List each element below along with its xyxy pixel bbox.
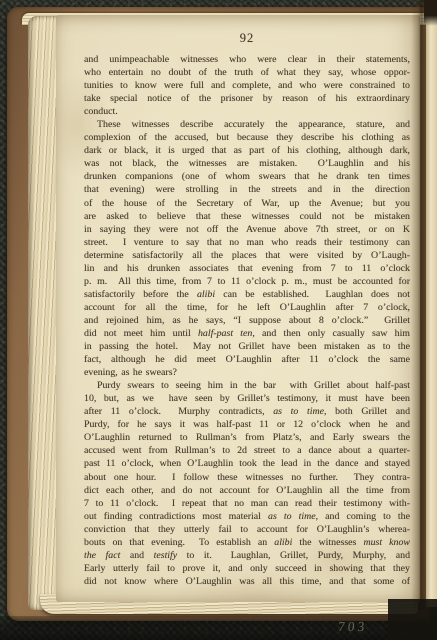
text-line: about one hour. I follow these witnesses… [84, 471, 410, 484]
text-line: These witnesses describe accurately the … [84, 118, 410, 131]
faint-page-marking: 703 [337, 619, 368, 635]
text-line: fact, although he did meet O’Laughlin af… [84, 353, 410, 366]
book-page: 92 and unimpeachable witnesses who were … [56, 15, 420, 602]
page-text-block: 92 and unimpeachable witnesses who were … [84, 31, 410, 588]
text-line: Early utterly fail to prove it, and only… [84, 562, 410, 575]
text-line: in passing the hotel. May not Grillet ha… [84, 340, 410, 353]
text-line: was not black, the witnesses are mistake… [84, 157, 410, 170]
text-line: Purdy swears to seeing him in the bar wi… [84, 379, 410, 392]
facing-page-shadow [424, 0, 437, 26]
text-line: past 11 o’clock, when O’Laughlin took th… [84, 457, 410, 470]
text-line: evening, as he swears? [84, 366, 410, 379]
text-line: in saying they were not off the Avenue a… [84, 223, 410, 236]
text-line: 10, but, as we have seen by Grillet’s te… [84, 392, 410, 405]
text-line: and unimpeachable witnesses who were cle… [84, 53, 410, 66]
text-line: bouts on that evening. To establish an a… [84, 536, 410, 549]
background-corner [388, 599, 437, 640]
text-line: lin and his drunken associates that even… [84, 262, 410, 275]
text-line: tunities to know were full and complete,… [84, 79, 410, 92]
paragraph: These witnesses describe accurately the … [84, 118, 410, 379]
text-line: take special notice of the prisoner by r… [84, 92, 410, 105]
text-line: dark or black, it is urged that as part … [84, 144, 410, 157]
text-line: determine satisfactorily all the places … [84, 249, 410, 262]
text-line: did not know where O’Laughlin was all th… [84, 575, 410, 588]
paragraph: Purdy swears to seeing him in the bar wi… [84, 379, 410, 588]
text-line: and rejoined him, as he says, “I suppose… [84, 314, 410, 327]
text-line: complexion of the accused, but because t… [84, 131, 410, 144]
text-line: conduct. [84, 105, 410, 118]
text-line: accused went from Rullman’s to 2d street… [84, 444, 410, 457]
text-line: drunken companions (one of whom swears t… [84, 170, 410, 183]
text-line: O’Laughlin returned to Rullman’s from Pl… [84, 431, 410, 444]
text-line: out finding contradictions most material… [84, 510, 410, 523]
text-line: after 11 o’clock. Murphy contradicts, as… [84, 405, 410, 418]
page-paragraphs: and unimpeachable witnesses who were cle… [84, 53, 410, 588]
page-number: 92 [84, 31, 410, 46]
text-line: satisfactorily before the alibi can be e… [84, 288, 410, 301]
text-line: did not meet him until half-past ten, an… [84, 327, 410, 340]
text-line: p. m. All this time, from 7 to 11 o’cloc… [84, 275, 410, 288]
book-photo-background: 92 and unimpeachable witnesses who were … [0, 0, 437, 640]
bottom-shadow [0, 616, 437, 640]
text-line: dict each other, and do not account for … [84, 484, 410, 497]
text-line: conviction that they utterly fail to acc… [84, 523, 410, 536]
text-line: are asked to believe that these witnesse… [84, 210, 410, 223]
text-line: street. I venture to say that no man who… [84, 236, 410, 249]
paragraph: and unimpeachable witnesses who were cle… [84, 53, 410, 118]
text-line: 7 to 11 o’clock. I repeat that no man ca… [84, 497, 410, 510]
text-line: that evening) were strolling in the stre… [84, 183, 410, 196]
text-line: Purdy, for he says it was half-past 11 o… [84, 418, 410, 431]
text-line: of the house of the Secretary of War, up… [84, 197, 410, 210]
facing-page-edge [426, 0, 437, 607]
text-line: the fact and testify to it. Laughlan, Gr… [84, 549, 410, 562]
text-line: who entertain no doubt of the truth of w… [84, 66, 410, 79]
text-line: account for all the time, for he left O’… [84, 301, 410, 314]
